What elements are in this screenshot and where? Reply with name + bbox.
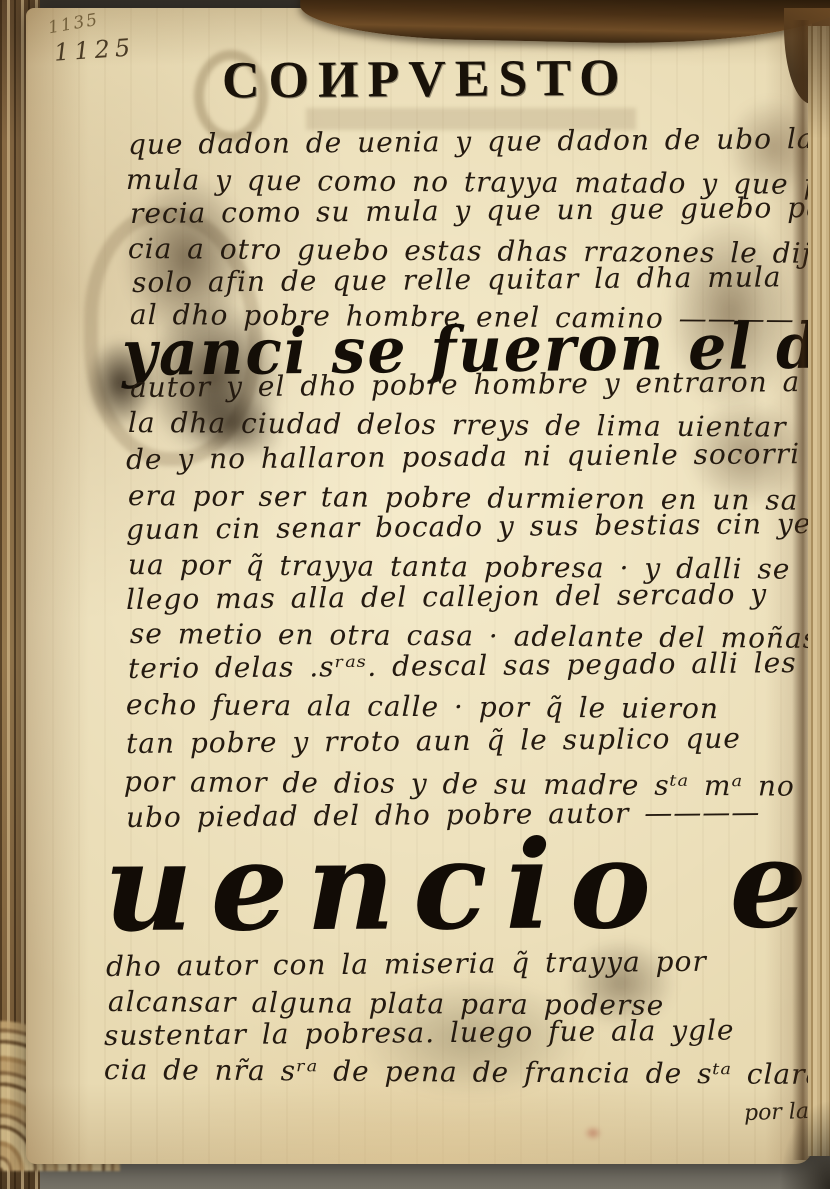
text-line: solo afin de que relle quitar la dha mul…: [132, 263, 782, 297]
text-line: de y no hallaron posada ni quienle socor…: [126, 440, 800, 474]
red-stain: [584, 1126, 602, 1140]
text-line: cia de nr̃a sʳᵃ de pena de francia de sᵗ…: [104, 1056, 823, 1089]
fore-edge-pages: [808, 26, 830, 1156]
bottom-right-shadow: [750, 1049, 830, 1189]
manuscript-photo: 1135 1125 COИPVESTO que dadon de uenia y…: [0, 0, 830, 1189]
text-line: terio delas .sʳᵃˢ. descal sas pegado all…: [128, 649, 797, 683]
page-title: COИPVESTO: [222, 49, 629, 111]
text-line: llego mas alla del callejon del sercado …: [126, 580, 767, 614]
text-line: guan cin senar bocado y sus bestias cin …: [126, 510, 826, 544]
text-line: recia como su mula y que un gue guebo pa…: [130, 194, 830, 228]
folio-number: 1125: [53, 33, 136, 67]
text-line: tan pobre y rroto aun q̃ le suplico que: [126, 725, 741, 758]
text-line: sustentar la pobresa. luego fue ala ygle: [104, 1016, 735, 1050]
text-line: la dha ciudad delos rreys de lima uienta…: [128, 409, 787, 442]
manuscript-page: 1135 1125 COИPVESTO que dadon de uenia y…: [26, 8, 812, 1164]
text-line: autor y el dho pobre hombre y entraron a: [130, 368, 801, 402]
text-line: echo fuera ala calle · por q̃ le uieron: [126, 691, 719, 723]
folio-number-faint: 1135: [47, 10, 101, 39]
section-heading-2: uencio el: [104, 822, 830, 948]
text-line: que dadon de uenia y que dadon de ubo la…: [128, 124, 830, 159]
text-line: dho autor con la miseria q̃ trayya por: [106, 948, 707, 981]
